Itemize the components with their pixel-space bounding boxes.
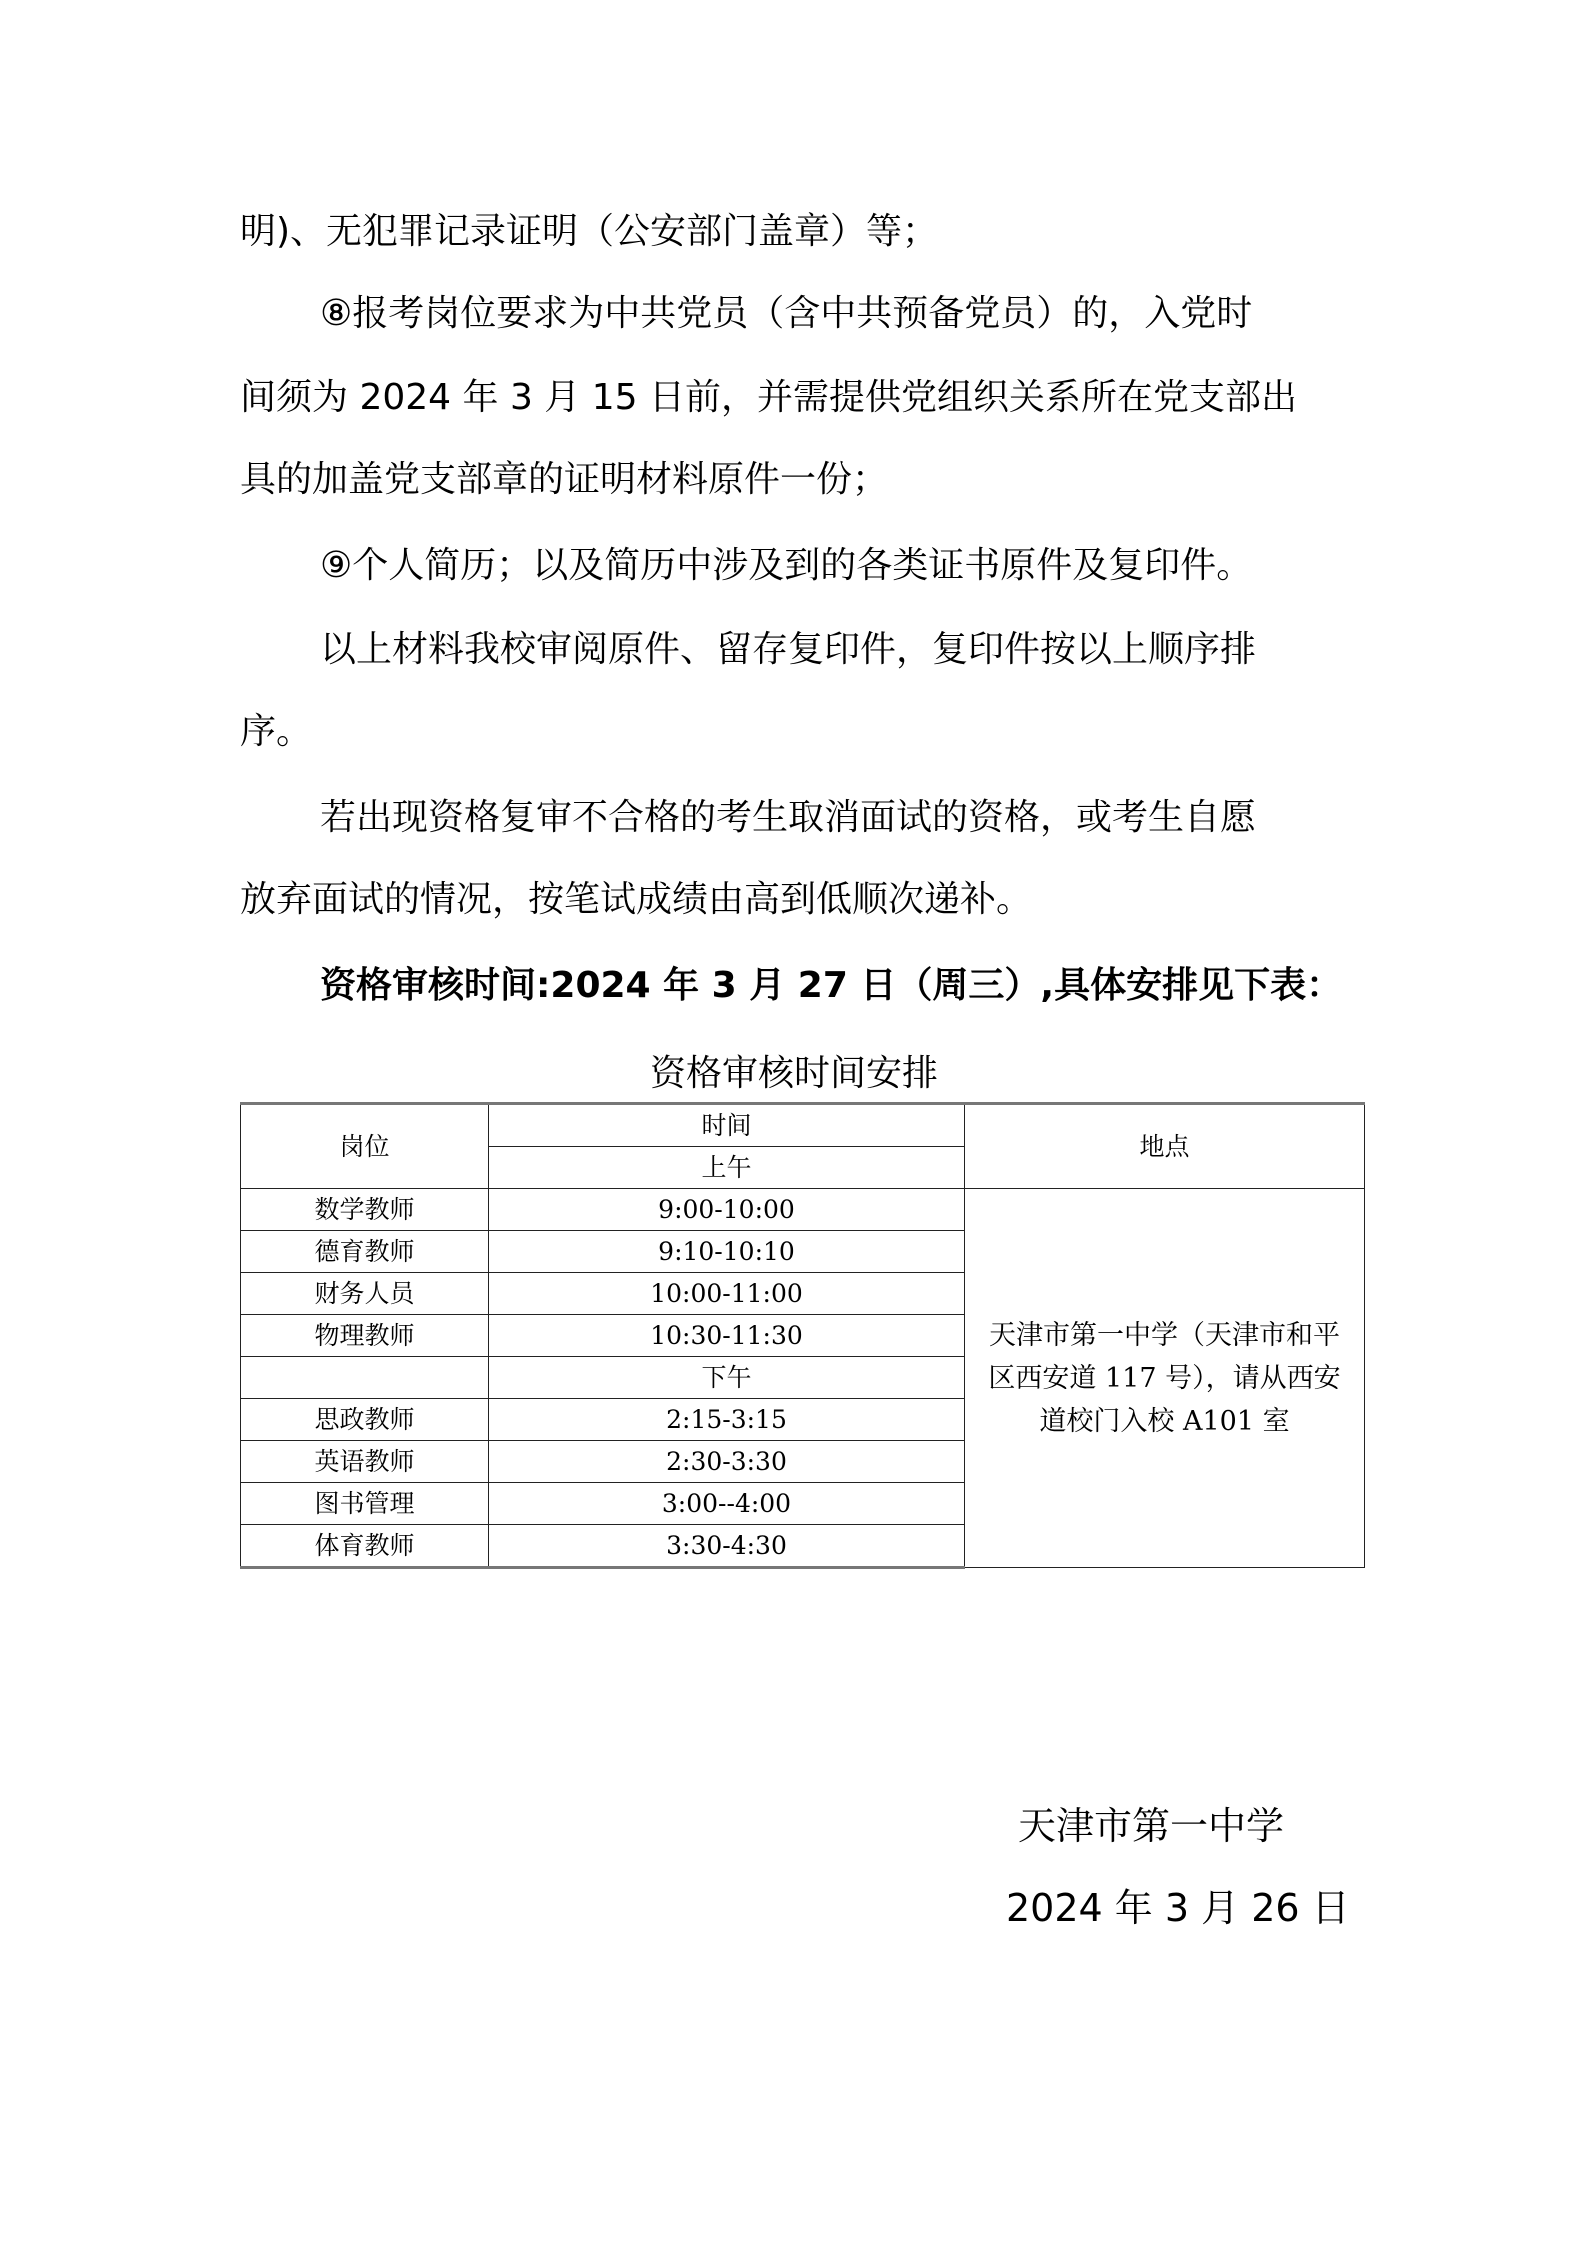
- position-cell: 思政教师: [241, 1399, 489, 1441]
- paragraph-6: 以上材料我校审阅原件、留存复印件，复印件按以上顺序排: [320, 630, 1440, 670]
- table-row: 数学教师 9:00-10:00 天津市第一中学（天津市和平区西安道 117 号）…: [241, 1189, 1365, 1231]
- header-time: 时间: [489, 1104, 965, 1147]
- position-cell: 英语教师: [241, 1441, 489, 1483]
- review-time-heading: 资格审核时间:2024 年 3 月 27 日（周三）,具体安排见下表：: [320, 966, 1440, 1006]
- time-cell: 9:10-10:10: [489, 1231, 965, 1273]
- signature-date: 2024 年 3 月 26 日: [1006, 1886, 1350, 1930]
- header-position: 岗位: [241, 1104, 489, 1189]
- paragraph-9: 放弃面试的情况，按笔试成绩由高到低顺次递补。: [240, 880, 1360, 920]
- position-cell: 财务人员: [241, 1273, 489, 1315]
- time-cell: 10:30-11:30: [489, 1315, 965, 1357]
- position-cell: 数学教师: [241, 1189, 489, 1231]
- header-row: 岗位 时间 地点: [241, 1104, 1365, 1147]
- position-cell: 物理教师: [241, 1315, 489, 1357]
- paragraph-8: 若出现资格复审不合格的考生取消面试的资格，或考生自愿: [320, 798, 1440, 838]
- paragraph-7: 序。: [240, 712, 1360, 752]
- schedule-table: 岗位 时间 地点 上午 数学教师 9:00-10:00 天津市第一中学（天津市和…: [240, 1102, 1365, 1569]
- position-cell: 体育教师: [241, 1525, 489, 1568]
- header-location: 地点: [965, 1104, 1365, 1189]
- position-cell: 图书管理: [241, 1483, 489, 1525]
- time-cell: 3:30-4:30: [489, 1525, 965, 1568]
- time-cell: 2:15-3:15: [489, 1399, 965, 1441]
- paragraph-3: 间须为 2024 年 3 月 15 日前，并需提供党组织关系所在党支部出: [240, 378, 1360, 418]
- time-cell: 10:00-11:00: [489, 1273, 965, 1315]
- header-morning: 上午: [489, 1147, 965, 1189]
- table-title: 资格审核时间安排: [0, 1052, 1588, 1096]
- position-cell-empty: [241, 1357, 489, 1399]
- paragraph-5: ⑨个人简历；以及简历中涉及到的各类证书原件及复印件。: [320, 546, 1440, 586]
- location-cell: 天津市第一中学（天津市和平区西安道 117 号），请从西安道校门入校 A101 …: [965, 1189, 1365, 1568]
- paragraph-4: 具的加盖党支部章的证明材料原件一份；: [240, 460, 1360, 500]
- afternoon-label: 下午: [489, 1357, 965, 1399]
- position-cell: 德育教师: [241, 1231, 489, 1273]
- paragraph-1: 明)、无犯罪记录证明（公安部门盖章）等；: [240, 212, 1360, 252]
- time-cell: 9:00-10:00: [489, 1189, 965, 1231]
- time-cell: 2:30-3:30: [489, 1441, 965, 1483]
- paragraph-2: ⑧报考岗位要求为中共党员（含中共预备党员）的，入党时: [320, 294, 1440, 334]
- time-cell: 3:00--4:00: [489, 1483, 965, 1525]
- signature-organization: 天津市第一中学: [1018, 1804, 1284, 1848]
